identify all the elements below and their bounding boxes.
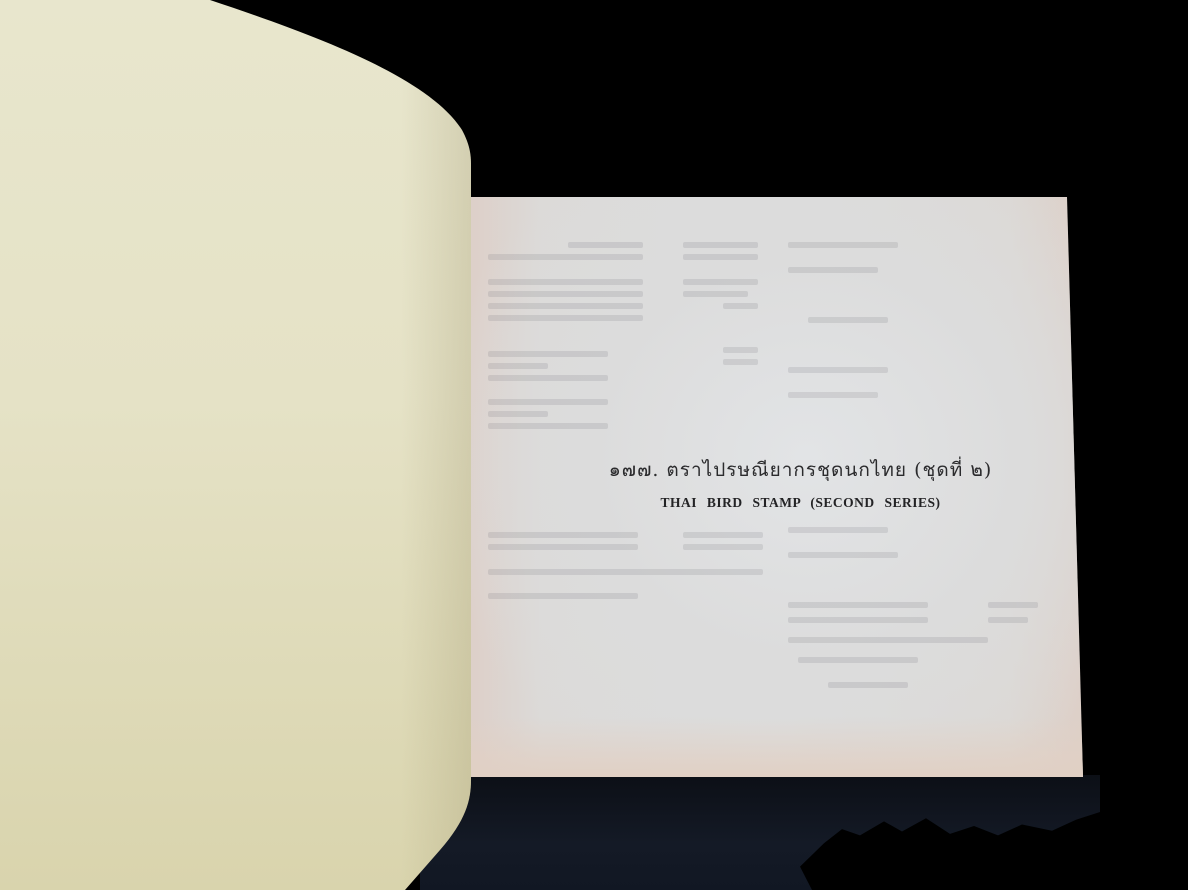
heading-english: THAI BIRD STAMP (SECOND SERIES) <box>518 495 1083 511</box>
right-book-page: ๑๗๗. ตราไปรษณียากรชุดนกไทย (ชุดที่ ๒) TH… <box>468 197 1083 777</box>
heading-thai: ๑๗๗. ตราไปรษณียากรชุดนกไทย (ชุดที่ ๒) <box>518 455 1083 485</box>
page-heading: ๑๗๗. ตราไปรษณียากรชุดนกไทย (ชุดที่ ๒) TH… <box>468 455 1083 511</box>
left-page-edge-shading <box>0 0 472 890</box>
